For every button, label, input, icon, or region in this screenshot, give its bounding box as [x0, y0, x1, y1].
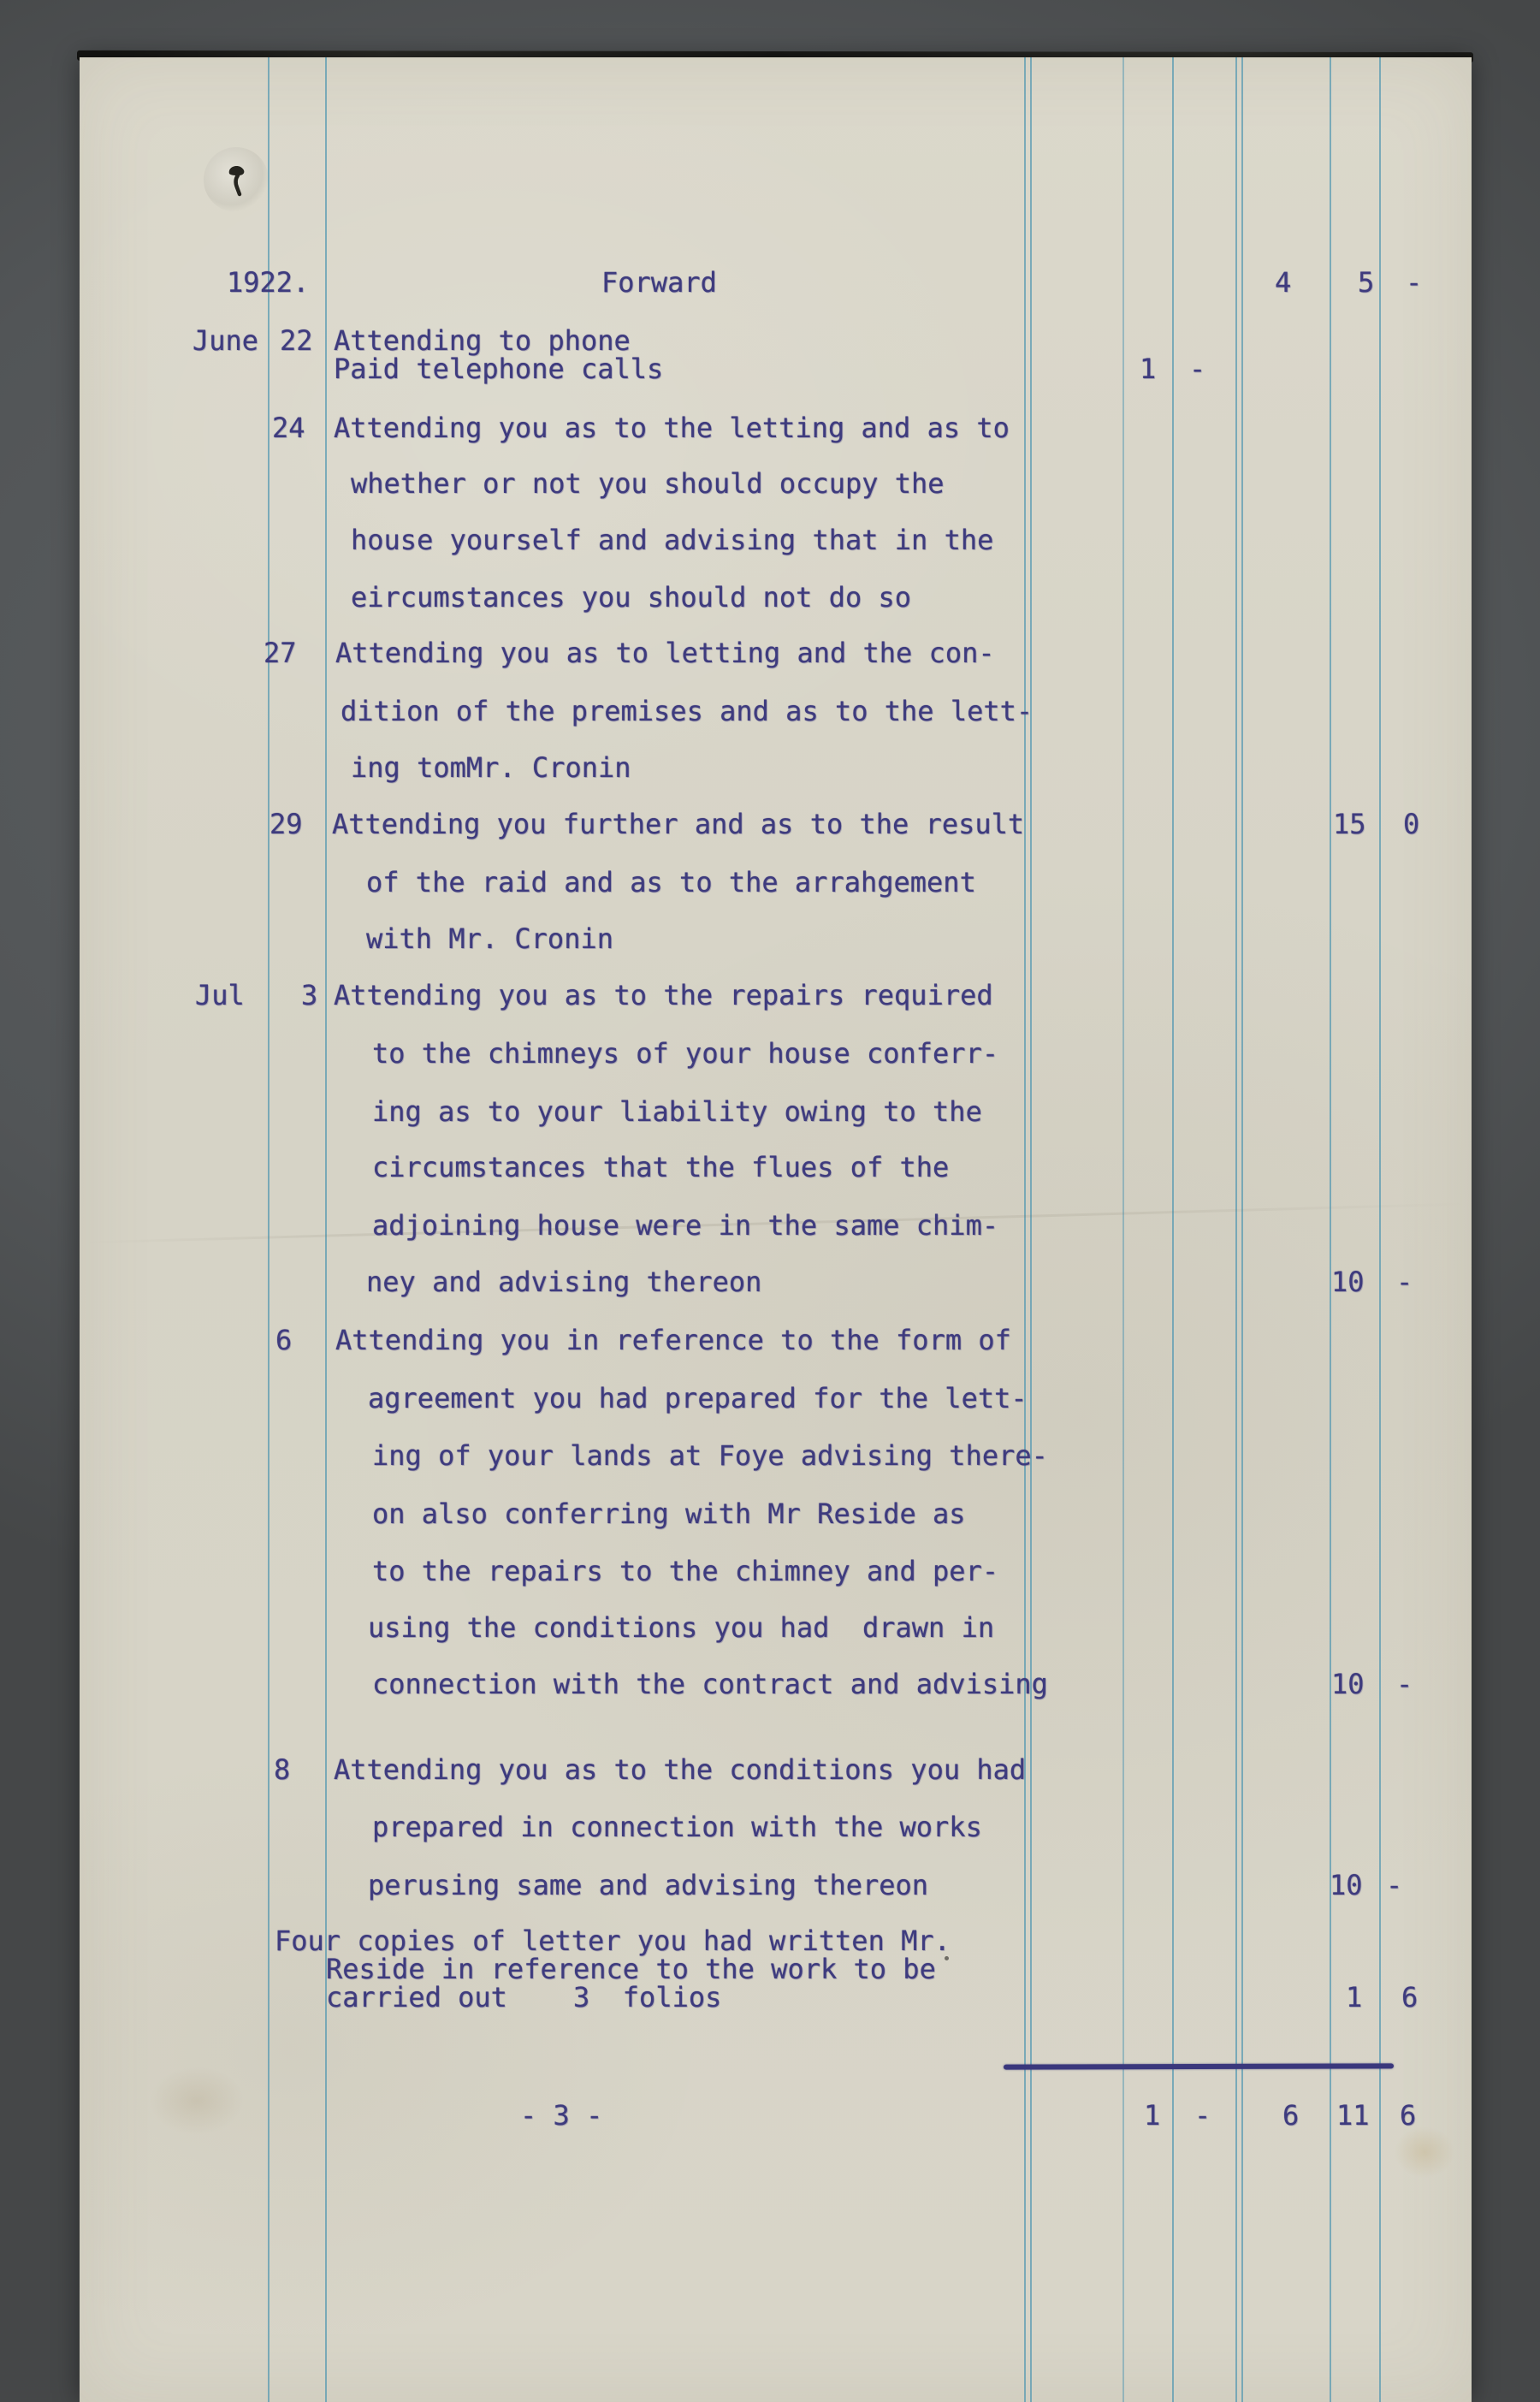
amount-cell: 10: [1331, 1263, 1365, 1301]
paper-stain: [150, 2067, 244, 2135]
entry-line: ing tomMr. Cronin: [351, 749, 631, 786]
amount-cell: -: [1189, 350, 1205, 388]
amount-cell: 5: [1358, 264, 1374, 301]
amount-cell: 4: [1275, 264, 1291, 301]
entry-day: 3: [301, 976, 317, 1014]
entry-line: on also conferring with Mr Reside as: [372, 1495, 966, 1533]
forward-label: Forward: [601, 264, 717, 301]
entry-day: 6: [275, 1321, 292, 1359]
entry-line: Attending you as to letting and the con-: [335, 634, 995, 672]
scanned-document-background: 1922. Forward June 22 Attending to phone…: [0, 0, 1540, 2402]
ruled-line-double: [1235, 57, 1237, 2402]
entry-line: of the raid and as to the arrahgement: [366, 863, 976, 901]
entry-day: 24: [272, 409, 305, 447]
entry-line: Attending you further and as to the resu…: [332, 805, 1024, 843]
entry-line: Attending you as to the letting and as t…: [334, 409, 1010, 447]
amount-cell: 1: [1140, 350, 1156, 388]
ruled-line: [1122, 57, 1124, 2402]
entry-line: ing of your lands at Foye advising there…: [372, 1437, 1048, 1474]
ruled-line: [325, 57, 327, 2402]
entry-line: Attending you as to the repairs required: [334, 976, 993, 1014]
entry-month: June: [192, 322, 258, 359]
amount-cell: 0: [1403, 805, 1419, 843]
entry-line: whether or not you should occupy the: [351, 465, 945, 502]
entry-line: to the chimneys of your house conferr-: [372, 1035, 998, 1072]
total-amount-cell: 6: [1400, 2097, 1416, 2134]
amount-cell: 6: [1401, 1978, 1418, 2016]
entry-line: Attending you as to the conditions you h…: [334, 1751, 1026, 1788]
ruled-line-double: [1024, 57, 1026, 2402]
entry-line: carried out 3 folios: [326, 1978, 721, 2016]
entry-day: 29: [269, 805, 303, 843]
entry-line: with Mr. Cronin: [366, 920, 613, 958]
page-number: - 3 -: [520, 2097, 602, 2134]
pin-mark: [224, 163, 253, 205]
entry-line: dition of the premises and as to the let…: [341, 692, 1033, 730]
amount-cell: 15: [1333, 805, 1366, 843]
paper-stain: [1395, 2126, 1454, 2178]
entry-month: Jul: [195, 976, 245, 1014]
entry-line: eircumstances you should not do so: [351, 578, 911, 616]
ruled-line: [1330, 57, 1331, 2402]
total-amount-cell: 11: [1336, 2097, 1370, 2134]
entry-day: 22: [280, 322, 313, 359]
amount-cell: 1: [1346, 1978, 1362, 2016]
entry-line: adjoining house were in the same chim-: [372, 1207, 998, 1244]
entry-line: connection with the contract and advisin…: [372, 1665, 1048, 1703]
total-amount-cell: 6: [1282, 2097, 1299, 2134]
ruled-line: [1379, 57, 1381, 2402]
ruled-line: [268, 57, 269, 2402]
entry-line: perusing same and advising thereon: [368, 1866, 928, 1904]
entry-line: using the conditions you had drawn in: [368, 1609, 994, 1646]
amount-cell: -: [1386, 1866, 1402, 1904]
entry-line: prepared in connection with the works: [372, 1808, 982, 1846]
ruled-line-double: [1241, 57, 1243, 2402]
entry-line: Paid telephone calls: [334, 350, 663, 388]
amount-cell: 10: [1330, 1866, 1363, 1904]
entry-line: to the repairs to the chimney and per-: [372, 1552, 998, 1590]
entry-line: house yourself and advising that in the: [351, 521, 993, 559]
total-amount-cell: 1: [1144, 2097, 1160, 2134]
entry-day: 8: [274, 1751, 290, 1788]
entry-line: ney and advising thereon: [366, 1263, 761, 1301]
entry-line: circumstances that the flues of the: [372, 1148, 949, 1186]
entry-line: agreement you had prepared for the lett-: [368, 1379, 1028, 1417]
amount-cell: -: [1396, 1263, 1413, 1301]
amount-cell: -: [1406, 264, 1422, 301]
entry-day: 27: [264, 634, 297, 672]
entry-line: ing as to your liability owing to the: [372, 1093, 982, 1130]
entry-line: Attending you in reference to the form o…: [335, 1321, 1011, 1359]
ruled-line-double: [1030, 57, 1032, 2402]
total-rule-line: [1004, 2063, 1394, 2069]
amount-cell: -: [1396, 1665, 1413, 1703]
total-amount-cell: -: [1194, 2097, 1211, 2134]
amount-cell: 10: [1331, 1665, 1365, 1703]
ruled-line: [1172, 57, 1174, 2402]
year-label: 1922.: [227, 264, 309, 301]
